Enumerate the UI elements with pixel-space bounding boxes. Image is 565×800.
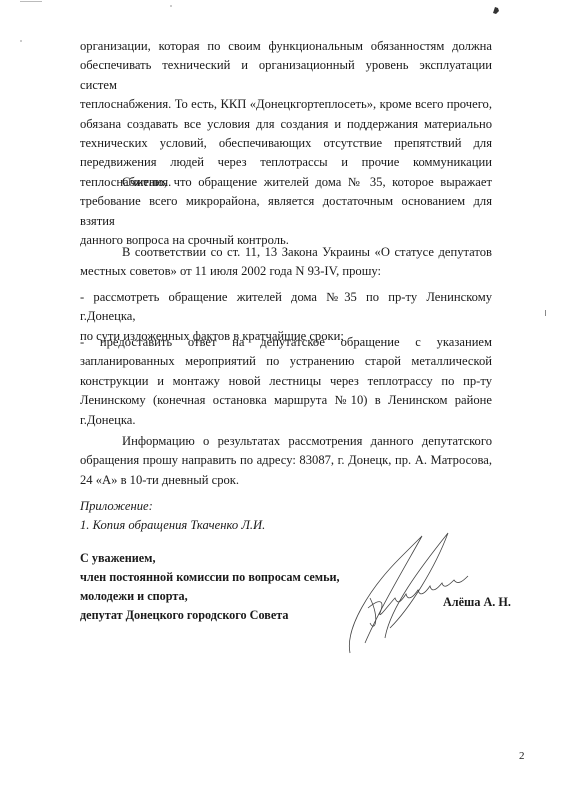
text-line: конструкции и монтажу новой лестницы чер…: [80, 372, 492, 391]
text-line: обращения прошу направить по адресу: 830…: [80, 451, 492, 470]
paragraph-consider: Считаю, что обращение жителей дома № 35,…: [80, 173, 492, 251]
paragraph-continuation: организации, которая по своим функционал…: [80, 37, 492, 192]
text-line: требование всего микрорайона, является д…: [80, 192, 492, 231]
text-line: г.Донецка.: [80, 411, 492, 430]
text-line: - предоставить ответ на депутатское обра…: [80, 333, 492, 352]
text-line: теплоснабжения. То есть, ККП «Донецкгорт…: [80, 95, 492, 114]
request-item-2: - предоставить ответ на депутатское обра…: [80, 333, 492, 430]
scan-artifact: [545, 310, 546, 316]
attachment-heading: Приложение:: [80, 497, 492, 516]
text-line: передвижения людей через теплотрассы и п…: [80, 153, 492, 172]
paragraph-law: В соответствии со ст. 11, 13 Закона Укра…: [80, 243, 492, 282]
scan-mark-icon: [491, 5, 501, 15]
text-line: Ленинскому (конечная остановка маршрута …: [80, 391, 492, 410]
text-line: обязана создавать все условия для создан…: [80, 115, 492, 134]
text-line: Считаю, что обращение жителей дома № 35,…: [80, 173, 492, 192]
document-page: организации, которая по своим функционал…: [0, 0, 565, 800]
text-line: В соответствии со ст. 11, 13 Закона Укра…: [80, 243, 492, 262]
paragraph-info: Информацию о результатах рассмотрения да…: [80, 432, 492, 490]
text-line: запланированных мероприятий по устранени…: [80, 352, 492, 371]
page-number: 2: [519, 750, 525, 762]
text-line: 24 «А» в 10-ти дневный срок.: [80, 471, 492, 490]
text-line: обеспечивать технический и организационн…: [80, 56, 492, 95]
handwritten-signature: [340, 528, 510, 658]
text-line: Информацию о результатах рассмотрения да…: [80, 432, 492, 451]
text-line: местных советов» от 11 июля 2002 года N …: [80, 262, 492, 281]
text-line: организации, которая по своим функционал…: [80, 37, 492, 56]
text-line: - рассмотреть обращение жителей дома №35…: [80, 288, 492, 327]
scan-artifact: [170, 5, 172, 7]
scan-artifact: [20, 40, 22, 42]
scan-artifact: [20, 1, 42, 2]
signatory-name: Алёша А. Н.: [443, 595, 511, 610]
text-line: технических условий, обеспечивающих отсу…: [80, 134, 492, 153]
